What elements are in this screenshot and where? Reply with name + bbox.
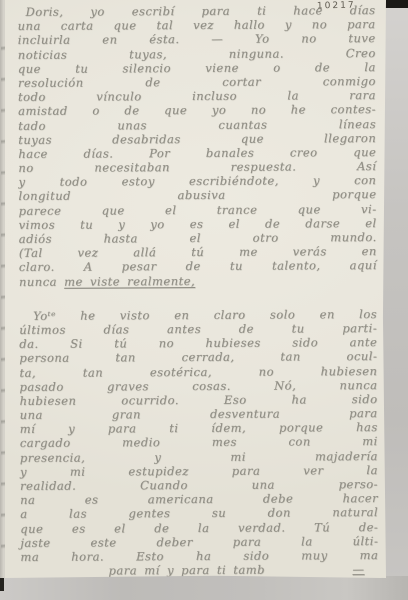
trailing-dash: —	[352, 562, 364, 576]
letter-paper: 10217 Doris, yo escribí para ti hace día…	[5, 0, 386, 578]
scanner-background-right	[384, 0, 408, 600]
letter-paragraph-2: Yoᵗᵉ he visto en claro solo en losúltimo…	[19, 307, 378, 578]
scan-edge-bar-top	[385, 0, 408, 8]
handwritten-line: para mí y para ti tamb—	[20, 562, 378, 578]
scan-edge-notch-bottom	[0, 577, 4, 591]
scanned-letter-page: 10217 Doris, yo escribí para ti hace día…	[0, 0, 408, 600]
letter-text: Doris, yo escribí para ti hace díasuna c…	[3, 0, 387, 578]
handwritten-line: nunca me viste realmente,	[19, 273, 377, 289]
scanner-background-bottom	[0, 576, 408, 600]
letter-paragraph-1: Doris, yo escribí para ti hace díasuna c…	[18, 3, 377, 289]
